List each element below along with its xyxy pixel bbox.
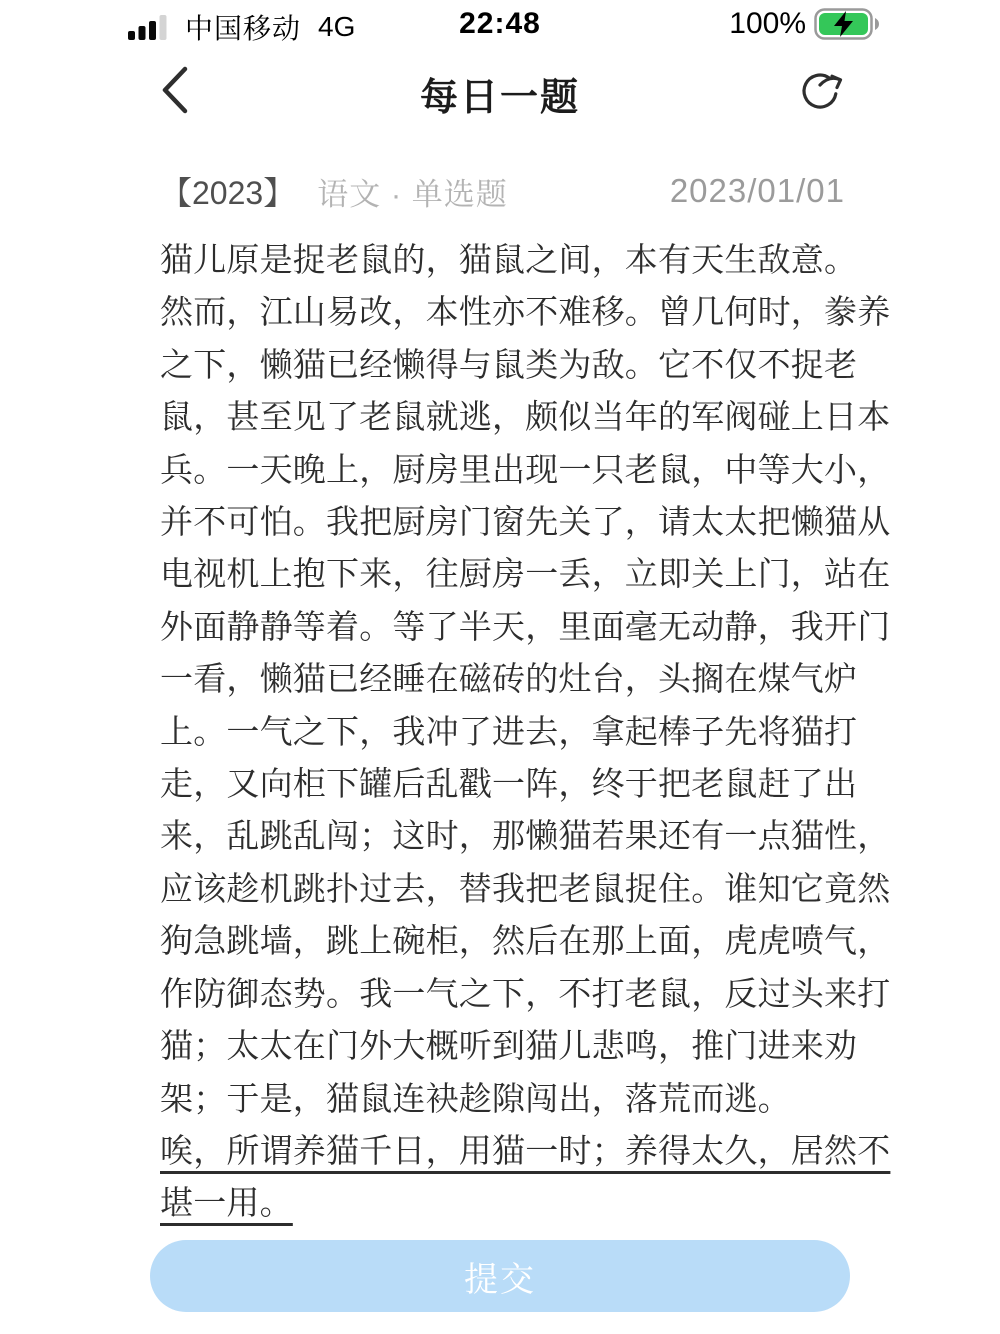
refresh-button[interactable] bbox=[795, 60, 845, 116]
page-title: 每日一题 bbox=[0, 66, 1000, 121]
question-meta-row: 【2023】 语文 · 单选题 2023/01/01 bbox=[160, 168, 845, 214]
nav-bar: 每日一题 bbox=[0, 52, 1000, 124]
status-bar: 中国移动 4G 22:48 100% bbox=[0, 0, 1000, 46]
passage-line: 狗急跳墙，跳上碗柜，然后在那上面，虎虎喷气， bbox=[160, 915, 880, 967]
passage-line: 猫；太太在门外大概听到猫儿悲鸣，推门进来劝 bbox=[160, 1020, 880, 1072]
passage-line: 兵。一天晚上，厨房里出现一只老鼠，中等大小， bbox=[160, 444, 880, 496]
refresh-icon bbox=[796, 62, 844, 114]
passage-line: 走，又向柜下罐后乱戳一阵，终于把老鼠赶了出 bbox=[160, 758, 880, 810]
passage-line: 鼠，甚至见了老鼠就逃，颇似当年的军阀碰上日本 bbox=[160, 391, 880, 443]
passage-line: 作防御态势。我一气之下，不打老鼠，反过头来打 bbox=[160, 968, 880, 1020]
passage-line: 然而，江山易改，本性亦不难移。曾几何时，豢养 bbox=[160, 286, 880, 338]
subject-type-label: 语文 · 单选题 bbox=[317, 169, 508, 214]
question-passage: 猫儿原是捉老鼠的，猫鼠之间，本有天生敌意。然而，江山易改，本性亦不难移。曾几何时… bbox=[160, 234, 880, 1230]
passage-line: 之下，懒猫已经懒得与鼠类为敌。它不仅不捉老 bbox=[160, 339, 880, 391]
passage-line: 唉，所谓养猫千日，用猫一时；养得太久，居然不 bbox=[160, 1125, 880, 1177]
passage-line: 猫儿原是捉老鼠的，猫鼠之间，本有天生敌意。 bbox=[160, 234, 880, 286]
submit-button[interactable]: 提交 bbox=[150, 1240, 850, 1312]
passage-line: 一看，懒猫已经睡在磁砖的灶台，头搁在煤气炉 bbox=[160, 653, 880, 705]
passage-line: 电视机上抱下来，往厨房一丢，立即关上门，站在 bbox=[160, 548, 880, 600]
passage-line: 应该趁机跳扑过去，替我把老鼠捉住。谁知它竟然 bbox=[160, 863, 880, 915]
passage-line: 并不可怕。我把厨房门窗先关了，请太太把懒猫从 bbox=[160, 496, 880, 548]
passage-line: 堪一用。 bbox=[160, 1177, 880, 1229]
passage-line: 外面静静等着。等了半天，里面毫无动静，我开门 bbox=[160, 601, 880, 653]
passage-line: 来，乱跳乱闯；这时，那懒猫若果还有一点猫性， bbox=[160, 810, 880, 862]
status-bar-right: 100% bbox=[729, 7, 880, 41]
battery-percent-label: 100% bbox=[729, 7, 806, 41]
question-date: 2023/01/01 bbox=[670, 172, 845, 210]
passage-line: 上。一气之下，我冲了进去，拿起棒子先将猫打 bbox=[160, 706, 880, 758]
battery-charging-icon bbox=[814, 8, 880, 40]
year-tag: 【2023】 bbox=[160, 168, 295, 214]
passage-line: 架；于是，猫鼠连袂趁隙闯出，落荒而逃。 bbox=[160, 1073, 880, 1125]
